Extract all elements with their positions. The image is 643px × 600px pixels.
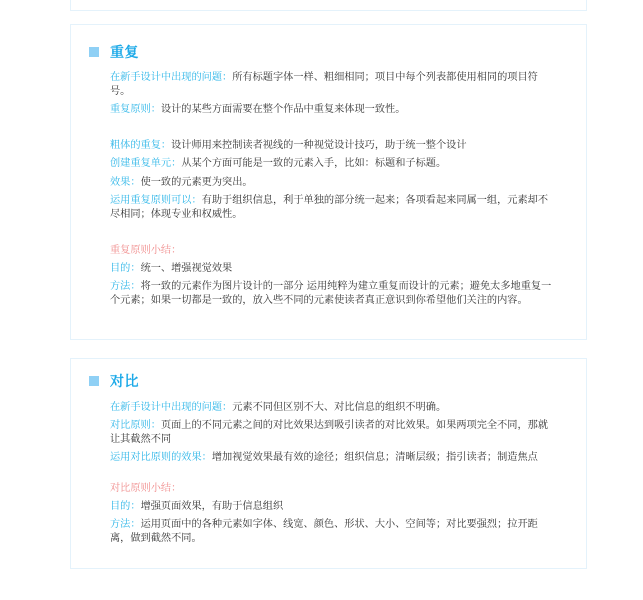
problem-text: 元素不同但区别不大、对比信息的组织不明确。: [232, 402, 446, 413]
section-card-repeat: 重复 在新手设计中出现的问题：所有标题字体一样、粗细相同；项目中每个列表都使用相…: [70, 24, 587, 340]
method-text: 运用页面中的各种元素如字体、线宽、颜色、形状、大小、空间等；对比要强烈；拉开距离…: [110, 519, 538, 544]
goal-text: 统一、增强视觉效果: [141, 263, 233, 274]
usage-text: 增加视觉效果最有效的途径；组织信息；清晰层级；指引读者；制造焦点: [212, 452, 538, 463]
section-heading-contrast: 对比: [89, 371, 139, 391]
section-heading-repeat: 重复: [89, 42, 139, 62]
goal-text: 增强页面效果，有助于信息组织: [141, 501, 284, 512]
square-bullet-icon: [89, 47, 99, 57]
summary-title: 重复原则小结：: [110, 244, 555, 258]
usage-paragraph: 运用重复原则可以：有助于组织信息，利于单独的部分统一起来；各项看起来同属一组，元…: [110, 194, 555, 221]
principle-label: 对比原则：: [110, 420, 161, 431]
method-text: 将一致的元素作为图片设计的一部分 运用纯粹为建立重复而设计的元素；避免太多地重复…: [110, 281, 551, 306]
problem-label: 在新手设计中出现的问题：: [110, 402, 232, 413]
problem-paragraph: 在新手设计中出现的问题：所有标题字体一样、粗细相同；项目中每个列表都使用相同的项…: [110, 71, 555, 98]
problem-label: 在新手设计中出现的问题：: [110, 72, 232, 83]
create-unit-label: 创建重复单元：: [110, 158, 181, 169]
previous-section-card: [70, 0, 587, 11]
summary-title-text: 重复原则小结：: [110, 245, 181, 256]
usage-label: 运用对比原则的效果：: [110, 452, 212, 463]
goal-paragraph: 目的：统一、增强视觉效果: [110, 262, 555, 276]
bold-repeat-label: 粗体的重复：: [110, 140, 171, 151]
method-paragraph: 方法：将一致的元素作为图片设计的一部分 运用纯粹为建立重复而设计的元素；避免太多…: [110, 280, 555, 307]
principle-paragraph: 对比原则：页面上的不同元素之间的对比效果达到吸引读者的对比效果。如果两项完全不同…: [110, 419, 555, 446]
usage-paragraph: 运用对比原则的效果：增加视觉效果最有效的途径；组织信息；清晰层级；指引读者；制造…: [110, 451, 555, 465]
method-label: 方法：: [110, 519, 141, 530]
goal-label: 目的：: [110, 263, 141, 274]
summary-title-text: 对比原则小结：: [110, 483, 181, 494]
section-card-contrast: 对比 在新手设计中出现的问题：元素不同但区别不大、对比信息的组织不明确。 对比原…: [70, 358, 587, 569]
method-paragraph: 方法：运用页面中的各种元素如字体、线宽、颜色、形状、大小、空间等；对比要强烈；拉…: [110, 518, 555, 545]
principle-paragraph: 重复原则：设计的某些方面需要在整个作品中重复来体现一致性。: [110, 103, 555, 117]
section-title: 对比: [110, 371, 139, 391]
problem-paragraph: 在新手设计中出现的问题：元素不同但区别不大、对比信息的组织不明确。: [110, 401, 555, 415]
principle-text: 页面上的不同元素之间的对比效果达到吸引读者的对比效果。如果两项完全不同，那就让其…: [110, 420, 548, 445]
goal-paragraph: 目的：增强页面效果，有助于信息组织: [110, 500, 555, 514]
method-label: 方法：: [110, 281, 141, 292]
goal-label: 目的：: [110, 501, 141, 512]
summary-title: 对比原则小结：: [110, 482, 555, 496]
bold-repeat-text: 设计师用来控制读者视线的一种视觉设计技巧，助于统一整个设计: [171, 140, 466, 151]
create-unit-paragraph: 创建重复单元：从某个方面可能是一致的元素入手，比如：标题和子标题。: [110, 157, 555, 171]
effect-text: 使一致的元素更为突出。: [141, 177, 253, 188]
bold-repeat-paragraph: 粗体的重复：设计师用来控制读者视线的一种视觉设计技巧，助于统一整个设计: [110, 139, 555, 153]
square-bullet-icon: [89, 376, 99, 386]
usage-label: 运用重复原则可以：: [110, 195, 202, 206]
principle-text: 设计的某些方面需要在整个作品中重复来体现一致性。: [161, 104, 406, 115]
create-unit-text: 从某个方面可能是一致的元素入手，比如：标题和子标题。: [181, 158, 446, 169]
effect-label: 效果：: [110, 177, 141, 188]
section-title: 重复: [110, 42, 139, 62]
effect-paragraph: 效果：使一致的元素更为突出。: [110, 176, 555, 190]
principle-label: 重复原则：: [110, 104, 161, 115]
